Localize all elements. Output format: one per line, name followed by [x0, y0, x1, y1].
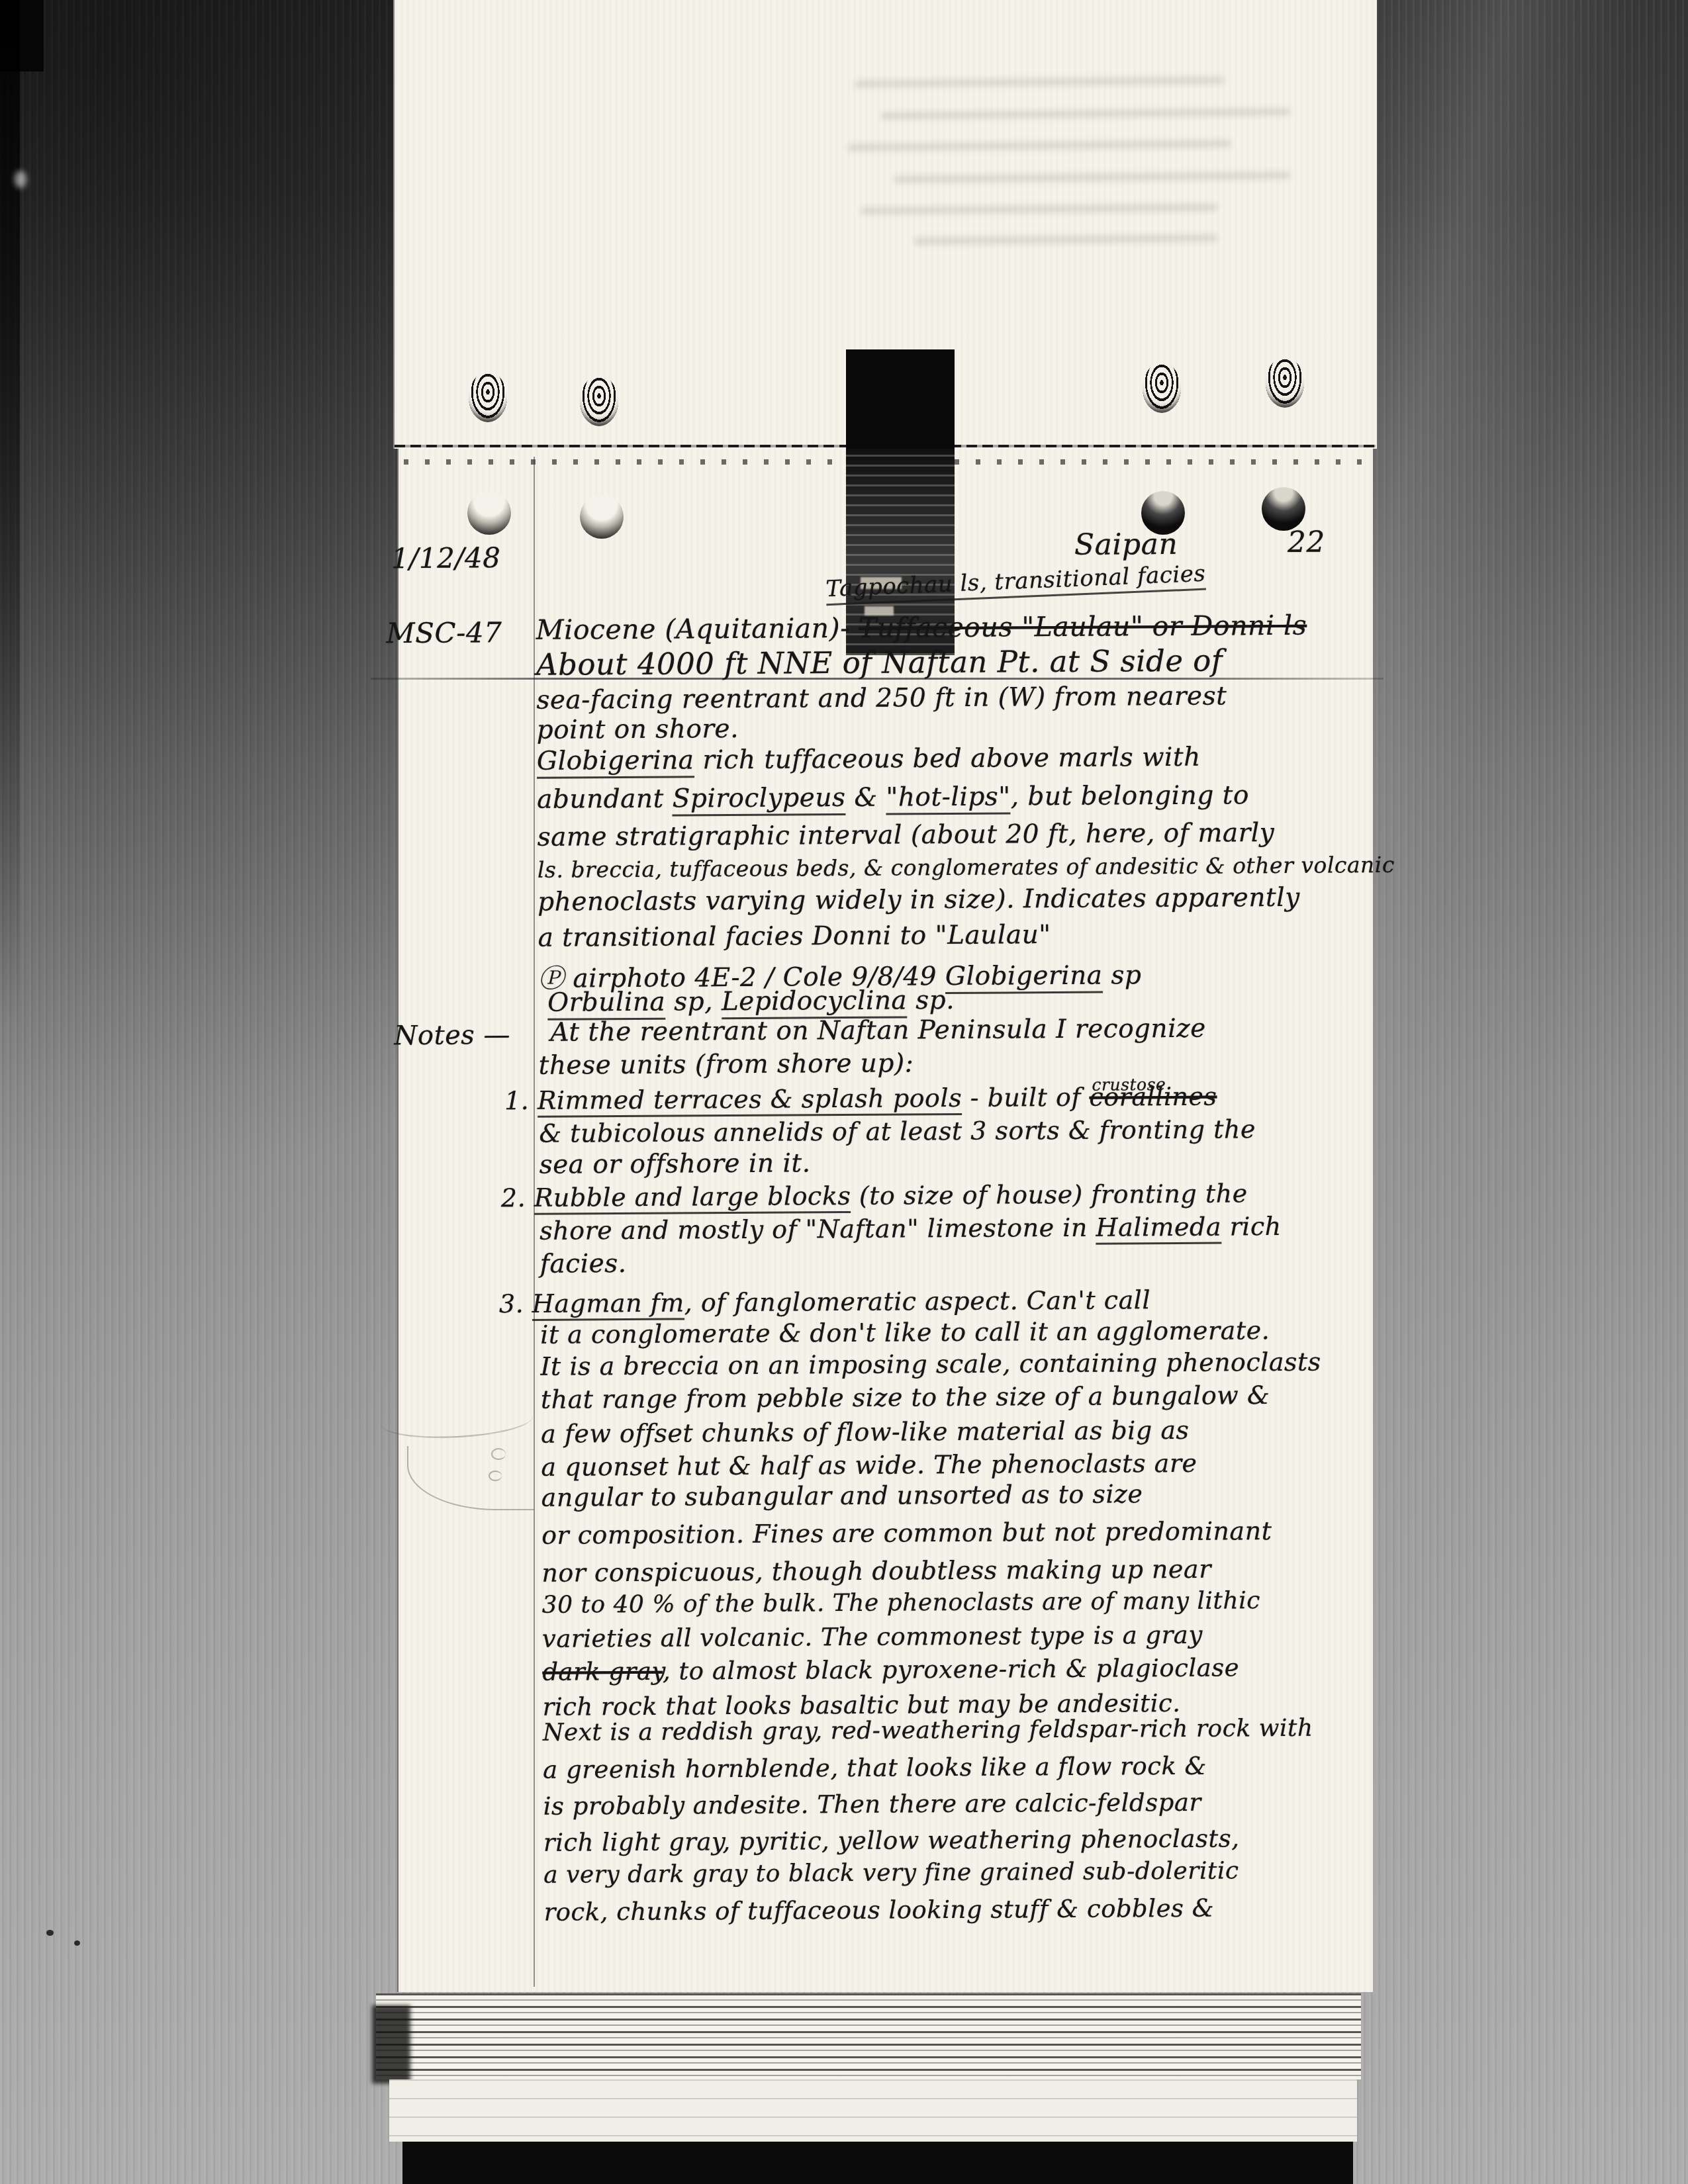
- handwritten-line: a transitional facies Donni to "Laulau": [538, 920, 1051, 953]
- handwritten-line: a very dark gray to black very fine grai…: [543, 1857, 1239, 1888]
- handwritten-line: Miocene (Aquitanian)- Tuffaceous "Laulau…: [536, 610, 1307, 646]
- handwritten-line: that range from pebble size to the size …: [541, 1381, 1270, 1414]
- handwritten-line: dark gray, to almost black pyroxene-rich…: [542, 1653, 1239, 1686]
- handwritten-line: these units (from shore up):: [539, 1048, 914, 1080]
- handwritten-line: & tubicolous annelids of at least 3 sort…: [539, 1115, 1256, 1148]
- notebook-photo-scan: 1/12/48 MSC-47 Saipan 22 Notes — Tagpoch…: [0, 0, 1688, 2184]
- page-stack-shadow: [372, 2005, 410, 2083]
- handwritten-line: Next is a reddish gray, red-weathering f…: [543, 1715, 1313, 1747]
- inserted-word: crustose: [1092, 1075, 1166, 1095]
- handwritten-line: 2. Rubble and large blocks (to size of h…: [501, 1179, 1248, 1212]
- handwritten-line: sea or offshore in it.: [539, 1148, 811, 1180]
- handwritten-line: abundant Spiroclypeus & "hot-lips", but …: [537, 780, 1249, 815]
- handwritten-line: phenoclasts varying widely in size). Ind…: [538, 883, 1300, 917]
- handwritten-line: shore and mostly of "Naftan" limestone i…: [539, 1212, 1282, 1246]
- handwritten-line: Globigerina rich tuffaceous bed above ma…: [537, 743, 1201, 776]
- handwritten-line: or composition. Fines are common but not…: [541, 1516, 1272, 1550]
- handwritten-line: a quonset hut & half as wide. The phenoc…: [541, 1449, 1197, 1482]
- handwritten-line: varieties all volcanic. The commonest ty…: [542, 1621, 1203, 1653]
- handwriting-layer: 1/12/48 MSC-47 Saipan 22 Notes — Tagpoch…: [0, 0, 1688, 2184]
- handwritten-line: rock, chunks of tuffaceous looking stuff…: [543, 1894, 1214, 1927]
- handwritten-line: is probably andesite. Then there are cal…: [543, 1788, 1201, 1821]
- handwritten-line: ls. breccia, tuffaceous beds, & conglome…: [538, 852, 1395, 883]
- handwritten-line: nor conspicuous, though doubtless making…: [541, 1555, 1211, 1588]
- handwritten-line: 3. Hagman fm, of fanglomeratic aspect. C…: [499, 1285, 1150, 1318]
- handwritten-line: angular to subangular and unsorted as to…: [541, 1479, 1143, 1512]
- handwritten-line: same stratigraphic interval (about 20 ft…: [538, 818, 1275, 852]
- handwritten-line: it a conglomerate & don't like to call i…: [540, 1316, 1270, 1349]
- entry-date: 1/12/48: [391, 541, 501, 574]
- handwritten-line: a greenish hornblende, that looks like a…: [543, 1752, 1207, 1784]
- handwritten-line: point on shore.: [537, 714, 739, 745]
- station-id: MSC-47: [387, 616, 502, 649]
- handwritten-line: At the reentrant on Naftan Peninsula I r…: [550, 1014, 1206, 1048]
- page-stack-lower: [389, 2079, 1357, 2142]
- handwritten-line: It is a breccia on an imposing scale, co…: [540, 1347, 1321, 1381]
- location-label: Saipan: [1074, 527, 1178, 562]
- handwritten-line: About 4000 ft NNE of Naftan Pt. at S sid…: [536, 643, 1223, 682]
- inserted-correction: Tagpochau ls, transitional facies: [825, 561, 1207, 606]
- handwritten-line: 1. Rimmed terraces & splash pools - buil…: [504, 1082, 1217, 1116]
- handwritten-line: sea-facing reentrant and 250 ft in (W) f…: [536, 681, 1227, 715]
- handwritten-line: rich light gray, pyritic, yellow weather…: [543, 1824, 1240, 1856]
- handwritten-line: Orbulina sp, Lepidocyclina sp.: [547, 985, 955, 1018]
- page-number: 22: [1288, 525, 1325, 559]
- binding-board: [402, 2142, 1353, 2184]
- notes-label: Notes —: [394, 1020, 510, 1051]
- handwritten-line: 30 to 40 % of the bulk. The phenoclasts …: [542, 1587, 1260, 1619]
- handwritten-line: facies.: [539, 1249, 626, 1279]
- handwritten-line: a few offset chunks of flow-like materia…: [541, 1416, 1190, 1449]
- page-stack-edge: [376, 1993, 1361, 2079]
